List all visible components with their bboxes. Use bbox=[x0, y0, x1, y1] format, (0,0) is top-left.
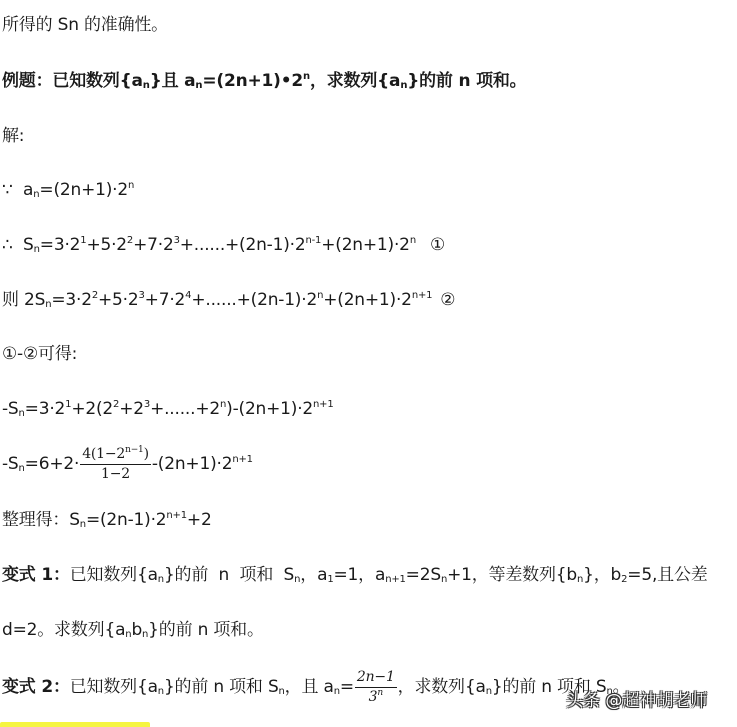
example-label: 例题： bbox=[2, 71, 52, 91]
math-text: -S bbox=[2, 399, 19, 419]
variant-1-label: 变式 1： bbox=[2, 565, 70, 585]
math-text: a bbox=[23, 180, 33, 200]
math-text: 整理得：S bbox=[2, 510, 80, 530]
equation-marker-1: ① bbox=[430, 235, 445, 255]
fraction: 2n−13n bbox=[355, 669, 397, 706]
superscript: n−1 bbox=[125, 445, 143, 455]
variant-text: +1，等差数列{b bbox=[447, 565, 577, 585]
math-text: +......+(2n-1)·2 bbox=[180, 235, 306, 255]
math-text: 则 2S bbox=[2, 290, 45, 310]
variant-text: }的前 n 项和。 bbox=[148, 620, 264, 640]
math-text: =(2n+1)·2 bbox=[39, 180, 128, 200]
watermark: 头条 @超神胡老师 bbox=[566, 686, 707, 711]
neg-sum-line-1: -Sn=3·21+2(22+23+......+2n)-(2n+1)·2n+1 bbox=[2, 397, 334, 421]
math-text: =(2n-1)·2 bbox=[86, 510, 166, 530]
superscript: n bbox=[128, 180, 134, 191]
math-text: +2 bbox=[187, 510, 212, 530]
then-line: 则 2Sn=3·22+5·23+7·24+......+(2n-1)·2n+(2… bbox=[2, 288, 455, 312]
math-text: +5·2 bbox=[98, 290, 138, 310]
example-text: =(2n+1)•2 bbox=[202, 71, 303, 91]
example-text: 已知数列{a bbox=[52, 71, 142, 91]
subtract-label: ①-②可得: bbox=[2, 342, 77, 366]
example-text: }的前 n 项和。 bbox=[407, 71, 526, 91]
solution-label-text: 解: bbox=[2, 126, 24, 146]
superscript: n bbox=[377, 688, 383, 698]
variant-text: d=2。求数列{a bbox=[2, 620, 125, 640]
equation-marker-2: ② bbox=[440, 290, 455, 310]
math-text: +......+2 bbox=[150, 399, 220, 419]
superscript: n+1 bbox=[166, 510, 186, 521]
therefore-line: ∴ Sn=3·21+5·22+7·23+......+(2n-1)·2n-1+(… bbox=[2, 233, 445, 257]
fraction-numerator: 4(1−2n−1) bbox=[80, 446, 151, 465]
superscript: n-1 bbox=[306, 235, 322, 246]
math-text: =3·2 bbox=[25, 399, 65, 419]
fraction-denominator: 3n bbox=[355, 688, 397, 706]
because-line: ∵ an=(2n+1)·2n bbox=[2, 178, 134, 202]
superscript: n+1 bbox=[232, 454, 252, 465]
highlight-bar bbox=[0, 722, 150, 727]
variant-text: =5,且公差 bbox=[627, 565, 707, 585]
variant-text: =1，a bbox=[334, 565, 386, 585]
intro-text-content: 所得的 Sn 的准确性。 bbox=[2, 15, 168, 35]
variant-text: }的前 n 项和 S bbox=[164, 565, 294, 585]
math-text: +2 bbox=[119, 399, 144, 419]
math-text: -S bbox=[2, 454, 19, 474]
math-text: S bbox=[23, 235, 34, 255]
fraction-denominator: 1−2 bbox=[80, 465, 151, 483]
math-text: =3·2 bbox=[51, 290, 91, 310]
math-text: )-(2n+1)·2 bbox=[226, 399, 313, 419]
math-text: +(2n+1)·2 bbox=[323, 290, 412, 310]
example-text: ，求数列{a bbox=[310, 71, 400, 91]
result-line: 整理得：Sn=(2n-1)·2n+1+2 bbox=[2, 508, 212, 532]
variant-1-line-2: d=2。求数列{anbn}的前 n 项和。 bbox=[2, 618, 264, 642]
math-text: +(2n+1)·2 bbox=[321, 235, 410, 255]
variant-text: }，b bbox=[583, 565, 621, 585]
variant-text: }的前 n 项和 S bbox=[164, 677, 279, 697]
variant-text: ，a bbox=[300, 565, 327, 585]
variant-text: 已知数列{a bbox=[70, 677, 158, 697]
therefore-symbol: ∴ bbox=[2, 235, 13, 255]
fraction: 4(1−2n−1)1−2 bbox=[80, 446, 151, 483]
math-text: =6+2· bbox=[25, 454, 80, 474]
variant-text: 已知数列{a bbox=[70, 565, 158, 585]
math-text: +2(2 bbox=[71, 399, 113, 419]
superscript: n bbox=[410, 235, 416, 246]
math-text: +7·2 bbox=[145, 290, 185, 310]
variant-text: b bbox=[131, 620, 142, 640]
variant-1-line-1: 变式 1：已知数列{an}的前 n 项和 Sn，a1=1，an+1=2Sn+1，… bbox=[2, 563, 708, 587]
variant-text: ，且 a bbox=[285, 677, 334, 697]
superscript: n+1 bbox=[313, 399, 333, 410]
variant-text: = bbox=[340, 677, 354, 697]
math-text: +7·2 bbox=[133, 235, 173, 255]
math-text: =3·2 bbox=[40, 235, 80, 255]
superscript: n bbox=[303, 71, 310, 82]
subscript: n bbox=[143, 80, 150, 91]
neg-sum-line-2: -Sn=6+2·4(1−2n−1)1−2-(2n+1)·2n+1 bbox=[2, 445, 253, 483]
math-text: +......+(2n-1)·2 bbox=[191, 290, 317, 310]
variant-2-label: 变式 2： bbox=[2, 677, 70, 697]
subtract-label-text: ①-②可得: bbox=[2, 344, 77, 364]
fraction-numerator: 2n−1 bbox=[355, 669, 397, 688]
superscript: n+1 bbox=[412, 290, 432, 301]
variant-text: =2S bbox=[406, 565, 441, 585]
math-text: ) bbox=[144, 446, 149, 462]
math-text: 4(1−2 bbox=[82, 446, 125, 462]
variant-text: ，求数列{a bbox=[398, 677, 486, 697]
because-symbol: ∵ bbox=[2, 180, 13, 200]
solution-label: 解: bbox=[2, 124, 24, 148]
example-text: }且 a bbox=[150, 71, 196, 91]
example-problem: 例题：已知数列{an}且 an=(2n+1)•2n，求数列{an}的前 n 项和… bbox=[2, 69, 526, 93]
math-text: -(2n+1)·2 bbox=[152, 454, 232, 474]
subscript: n+1 bbox=[385, 574, 405, 585]
math-text: +5·2 bbox=[86, 235, 126, 255]
variant-2-line: 变式 2：已知数列{an}的前 n 项和 Sn，且 an=2n−13n，求数列{… bbox=[2, 668, 629, 706]
intro-text: 所得的 Sn 的准确性。 bbox=[2, 13, 168, 37]
